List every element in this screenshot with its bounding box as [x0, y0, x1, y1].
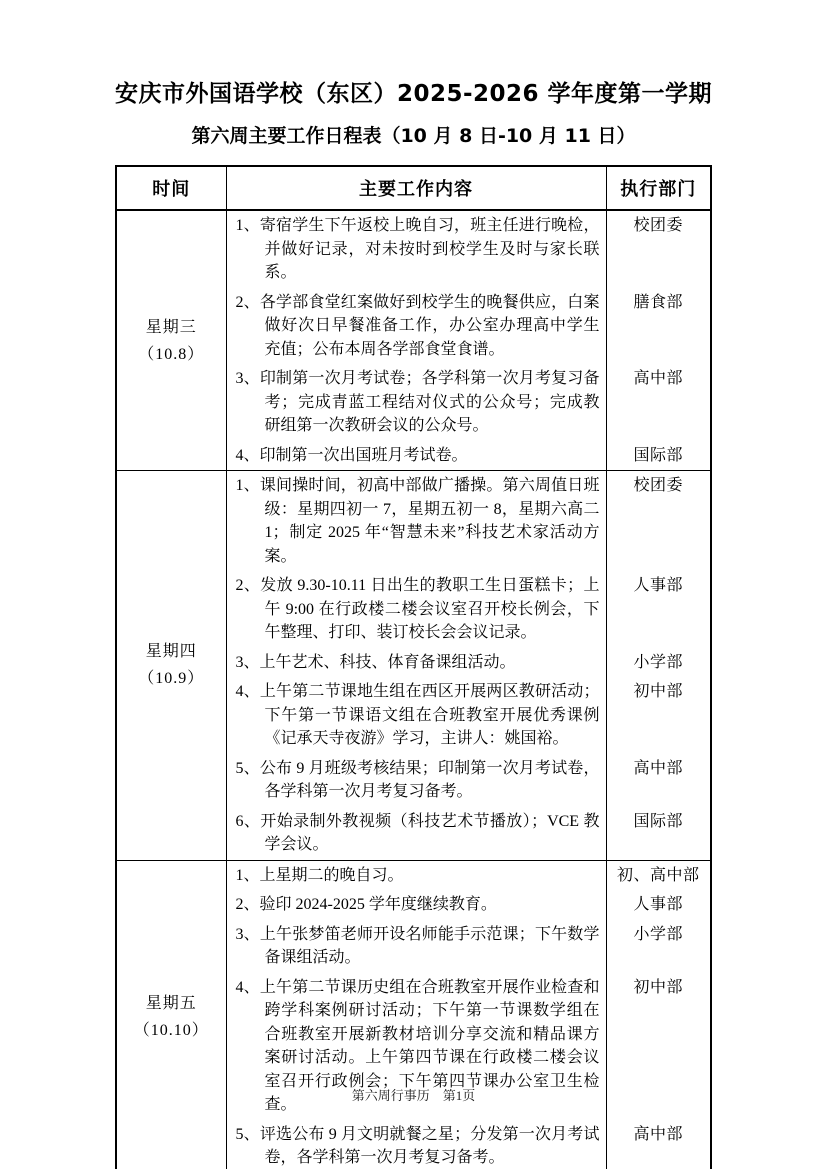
time-cell-thursday: 星期四 （10.9） [116, 471, 226, 861]
work-item-cell: 2、各学部食堂红案做好到校学生的晚餐供应，白案做好次日早餐准备工作，办公室办理高… [226, 288, 606, 365]
work-item-text: 1、寄宿学生下午返校上晚自习，班主任进行晚检，并做好记录，对未按时到校学生及时与… [236, 214, 600, 285]
schedule-table: 时间 主要工作内容 执行部门 星期三 （10.8） 1、寄宿学生下午返校上晚自习… [115, 165, 712, 1169]
department-label: 初中部 [606, 677, 711, 754]
department-label: 小学部 [606, 648, 711, 678]
work-item-text: 5、公布 9 月班级考核结果；印制第一次月考试卷，各学科第一次月考复习备考。 [236, 757, 600, 804]
work-item-cell: 2、验印 2024-2025 学年度继续教育。 [226, 890, 606, 920]
header-main-content: 主要工作内容 [226, 166, 606, 210]
department-label: 国际部 [606, 441, 711, 471]
page-footer: 第六周行事历 第1页 [0, 1088, 827, 1104]
work-item-cell: 5、公布 9 月班级考核结果；印制第一次月考试卷，各学科第一次月考复习备考。 [226, 754, 606, 807]
work-item-text: 5、评选公布 9 月文明就餐之星；分发第一次月考试卷，各学科第一次月考复习备考。 [236, 1123, 600, 1169]
day-label: 星期四 [118, 638, 225, 665]
work-item-text: 1、上星期二的晚自习。 [236, 864, 600, 888]
department-label: 高中部 [606, 1120, 711, 1169]
work-item-text: 2、验印 2024-2025 学年度继续教育。 [236, 893, 600, 917]
table-body: 星期三 （10.8） 1、寄宿学生下午返校上晚自习，班主任进行晚检，并做好记录，… [116, 210, 711, 1169]
table-row: 星期三 （10.8） 1、寄宿学生下午返校上晚自习，班主任进行晚检，并做好记录，… [116, 210, 711, 288]
work-item-text: 6、开始录制外教视频（科技艺术节播放）；VCE 教学会议。 [236, 810, 600, 857]
work-item-text: 3、上午张梦笛老师开设名师能手示范课；下午数学备课组活动。 [236, 923, 600, 970]
department-label: 高中部 [606, 364, 711, 441]
day-label: 星期五 [118, 990, 225, 1017]
work-item-cell: 4、印制第一次出国班月考试卷。 [226, 441, 606, 471]
time-cell-friday: 星期五 （10.10） [116, 860, 226, 1169]
work-item-text: 3、印制第一次月考试卷；各学科第一次月考复习备考；完成青蓝工程结对仪式的公众号；… [236, 367, 600, 438]
work-item-text: 2、发放 9.30-10.11 日出生的教职工生日蛋糕卡；上午 9:00 在行政… [236, 574, 600, 645]
department-label: 人事部 [606, 890, 711, 920]
work-item-text: 3、上午艺术、科技、体育备课组活动。 [236, 651, 600, 675]
department-label: 人事部 [606, 571, 711, 648]
header-time: 时间 [116, 166, 226, 210]
date-label: （10.9） [118, 665, 225, 692]
department-label: 小学部 [606, 920, 711, 973]
table-row: 星期五 （10.10） 1、上星期二的晚自习。 初、高中部 [116, 860, 711, 890]
department-label: 校团委 [606, 471, 711, 572]
work-item-cell: 2、发放 9.30-10.11 日出生的教职工生日蛋糕卡；上午 9:00 在行政… [226, 571, 606, 648]
work-item-cell: 5、评选公布 9 月文明就餐之星；分发第一次月考试卷，各学科第一次月考复习备考。 [226, 1120, 606, 1169]
date-label: （10.8） [118, 341, 225, 368]
work-item-text: 2、各学部食堂红案做好到校学生的晚餐供应，白案做好次日早餐准备工作，办公室办理高… [236, 291, 600, 362]
department-label: 初、高中部 [606, 860, 711, 890]
work-item-cell: 6、开始录制外教视频（科技艺术节播放）；VCE 教学会议。 [226, 807, 606, 861]
department-label: 校团委 [606, 210, 711, 288]
date-label: （10.10） [118, 1017, 225, 1044]
header-department: 执行部门 [606, 166, 711, 210]
table-header: 时间 主要工作内容 执行部门 [116, 166, 711, 210]
work-item-text: 4、上午第二节课地生组在西区开展两区教研活动；下午第一节课语文组在合班教室开展优… [236, 680, 600, 751]
department-label: 国际部 [606, 807, 711, 861]
header-row: 时间 主要工作内容 执行部门 [116, 166, 711, 210]
day-label: 星期三 [118, 314, 225, 341]
work-item-cell: 3、上午艺术、科技、体育备课组活动。 [226, 648, 606, 678]
time-cell-wednesday: 星期三 （10.8） [116, 210, 226, 471]
work-item-cell: 1、上星期二的晚自习。 [226, 860, 606, 890]
document-page: 安庆市外国语学校（东区）2025-2026 学年度第一学期 第六周主要工作日程表… [0, 0, 827, 1169]
work-item-text: 1、课间操时间，初高中部做广播操。第六周值日班级：星期四初一 7，星期五初一 8… [236, 474, 600, 568]
table-row: 星期四 （10.9） 1、课间操时间，初高中部做广播操。第六周值日班级：星期四初… [116, 471, 711, 572]
work-item-cell: 3、上午张梦笛老师开设名师能手示范课；下午数学备课组活动。 [226, 920, 606, 973]
document-title: 安庆市外国语学校（东区）2025-2026 学年度第一学期 [0, 0, 827, 110]
work-item-cell: 1、课间操时间，初高中部做广播操。第六周值日班级：星期四初一 7，星期五初一 8… [226, 471, 606, 572]
department-label: 高中部 [606, 754, 711, 807]
document-subtitle: 第六周主要工作日程表（10 月 8 日-10 月 11 日） [0, 123, 827, 150]
department-label: 膳食部 [606, 288, 711, 365]
work-item-cell: 1、寄宿学生下午返校上晚自习，班主任进行晚检，并做好记录，对未按时到校学生及时与… [226, 210, 606, 288]
work-item-cell: 4、上午第二节课地生组在西区开展两区教研活动；下午第一节课语文组在合班教室开展优… [226, 677, 606, 754]
work-item-text: 4、印制第一次出国班月考试卷。 [236, 444, 600, 468]
work-item-cell: 3、印制第一次月考试卷；各学科第一次月考复习备考；完成青蓝工程结对仪式的公众号；… [226, 364, 606, 441]
